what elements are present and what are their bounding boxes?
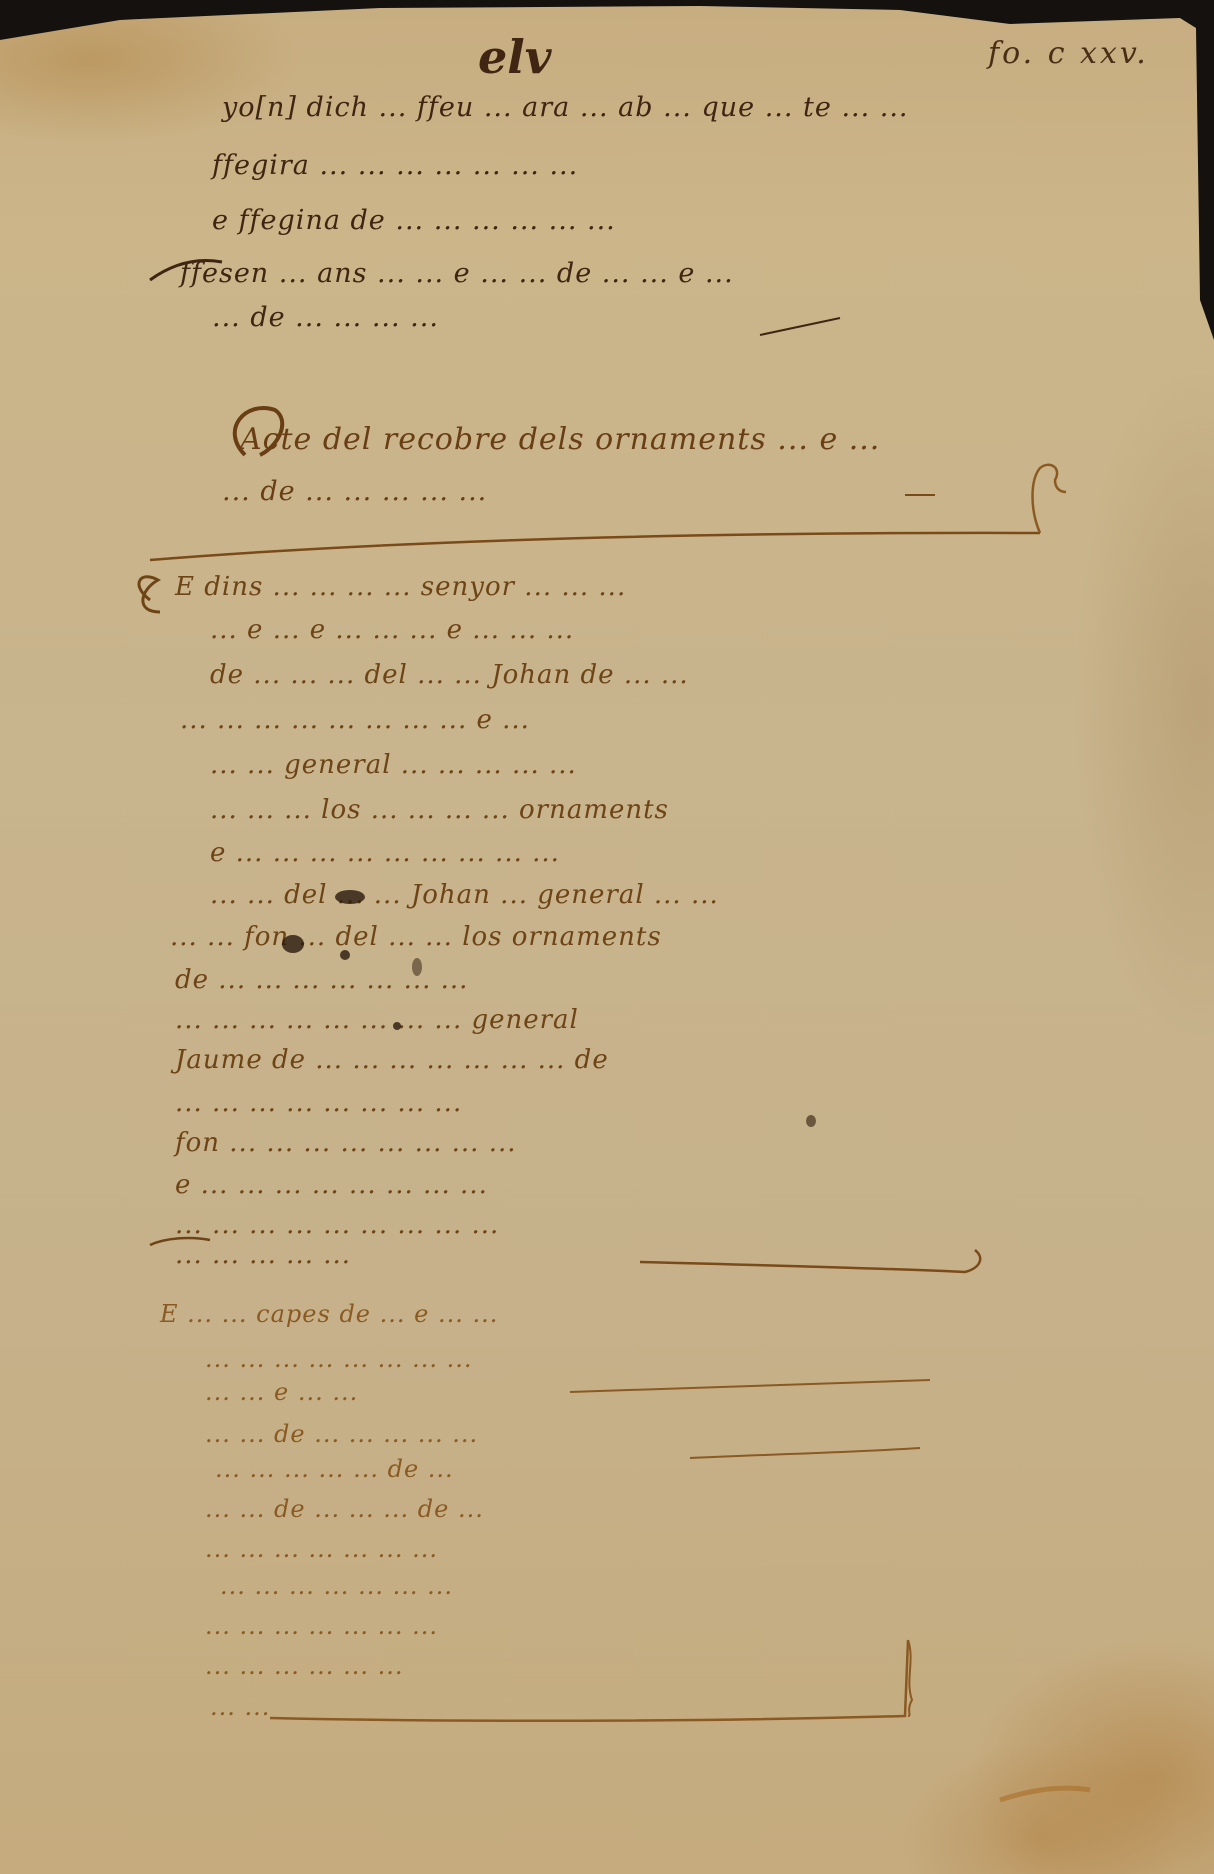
text-line: E dins ... ... ... ... senyor ... ... ..… (175, 572, 626, 602)
text-line: Jaume de ... ... ... ... ... ... ... de (175, 1045, 609, 1075)
text-line: ... ... (210, 1693, 270, 1721)
text-line: ... ... de ... ... ... de ... (205, 1495, 484, 1523)
text-line: E ... ... capes de ... e ... ... (160, 1300, 498, 1328)
text-line: ... ... ... ... ... ... ... (220, 1572, 453, 1600)
text-line: ... ... fon ... del ... ... los ornament… (170, 922, 662, 952)
text-line: e ffegina de ... ... ... ... ... ... (212, 205, 616, 236)
text-line: ... ... ... ... ... ... ... ... (205, 1345, 473, 1373)
ink-blot (335, 890, 365, 904)
ink-blot (282, 935, 304, 953)
text-line: de ... ... ... ... ... ... ... (175, 965, 468, 995)
text-line: ffegira ... ... ... ... ... ... ... (212, 150, 578, 181)
ink-blot (393, 1022, 401, 1030)
text-line: fon ... ... ... ... ... ... ... ... (175, 1128, 517, 1158)
text-line: ffesen ... ans ... ... e ... ... de ... … (180, 258, 734, 289)
text-line: e ... ... ... ... ... ... ... ... (175, 1170, 488, 1200)
text-line: ... de ... ... ... ... ... (222, 476, 487, 507)
text-line: ... ... ... ... ... ... ... ... ... (175, 1210, 499, 1240)
text-line: ... ... ... ... ... ... ... ... (175, 1088, 462, 1118)
text-line: de ... ... ... del ... ... Johan de ... … (210, 660, 689, 690)
text-line: ... ... ... ... ... ... ... (205, 1535, 438, 1563)
ink-blot (806, 1115, 816, 1127)
ink-blot (340, 950, 350, 960)
text-line: ... ... del ... ... Johan ... general ..… (210, 880, 719, 910)
ink-blot (412, 958, 422, 976)
text-line: ... ... ... ... ... ... (205, 1652, 403, 1680)
text-line: ... ... e ... ... (205, 1378, 358, 1406)
text-line: ... ... general ... ... ... ... ... (210, 750, 577, 780)
text-line: ... de ... ... ... ... (212, 302, 439, 333)
text-line: Acte del recobre dels ornaments ... e ..… (240, 422, 880, 457)
text-line: ... ... ... ... ... ... ... ... general (175, 1005, 579, 1035)
text-line: ... ... ... ... ... ... ... ... e ... (180, 705, 530, 735)
text-line: ... ... de ... ... ... ... ... (205, 1420, 478, 1448)
text-line: ... ... ... los ... ... ... ... ornament… (210, 795, 669, 825)
text-line: ... ... ... ... ... (175, 1240, 351, 1270)
text-line: yo[n] dich ... ffeu ... ara ... ab ... q… (222, 92, 909, 123)
text-line: ... ... ... ... ... ... ... (205, 1612, 438, 1640)
text-line: ... ... ... ... ... de ... (215, 1455, 454, 1483)
text-line: ... e ... e ... ... ... e ... ... ... (210, 615, 574, 645)
folio-number: fo. c xxv. (988, 36, 1149, 71)
header-mark: elv (478, 30, 551, 84)
text-line: e ... ... ... ... ... ... ... ... ... (210, 838, 560, 868)
